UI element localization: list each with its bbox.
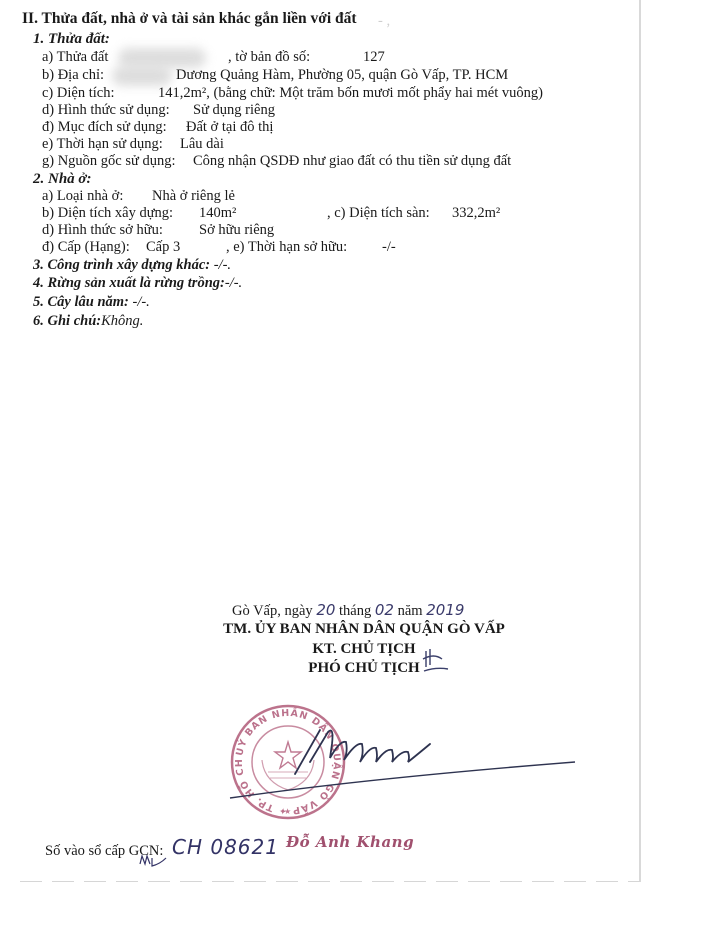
term-label: e) Thời hạn sử dụng: bbox=[42, 135, 163, 153]
land-heading: 1. Thửa đất: bbox=[33, 30, 110, 48]
own-term-value: -/- bbox=[382, 238, 396, 256]
address-value: Dương Quảng Hàm, Phường 05, quận Gò Vấp,… bbox=[176, 66, 508, 84]
authority: TM. ỦY BAN NHÂN DÂN QUẬN GÒ VẤP bbox=[214, 621, 514, 638]
address-label: b) Địa chỉ: bbox=[42, 66, 104, 84]
place-date: Gò Vấp, ngày 20 tháng 02 năm 2019 bbox=[232, 601, 464, 620]
date-year: 2019 bbox=[426, 601, 464, 619]
date-day: 20 bbox=[316, 601, 335, 619]
area-label: c) Diện tích: bbox=[42, 84, 114, 102]
area-value: 141,2m², (bằng chữ: Một trăm bốn mươi mố… bbox=[158, 84, 543, 102]
on-behalf: KT. CHỦ TỊCH bbox=[214, 641, 514, 658]
month-label: tháng bbox=[339, 603, 371, 619]
grade-value: Cấp 3 bbox=[146, 238, 180, 256]
place-date-prefix: Gò Vấp, ngày bbox=[232, 603, 313, 619]
build-area-value: 140m² bbox=[199, 204, 236, 222]
floor-area-label: , c) Diện tích sàn: bbox=[327, 204, 430, 222]
date-month: 02 bbox=[375, 601, 394, 619]
origin-label: g) Nguồn gốc sử dụng: bbox=[42, 152, 176, 170]
map-sheet-label: , tờ bản đồ số: bbox=[228, 48, 310, 66]
perennial-value: -/-. bbox=[129, 294, 150, 310]
grade-label: đ) Cấp (Hạng): bbox=[42, 238, 130, 256]
year-label: năm bbox=[398, 603, 423, 619]
registry-value: CH 08621 bbox=[172, 835, 279, 859]
build-area-label: b) Diện tích xây dựng: bbox=[42, 204, 173, 222]
plot-label: a) Thửa đất bbox=[42, 48, 108, 66]
own-term-label: , e) Thời hạn sở hữu: bbox=[226, 238, 347, 256]
forest-value: -/-. bbox=[225, 275, 242, 291]
section-title: II. Thửa đất, nhà ở và tài sản khác gắn … bbox=[22, 10, 357, 28]
perennial-label: 5. Cây lâu năm: bbox=[33, 294, 129, 310]
svg-text:★: ★ bbox=[284, 807, 291, 816]
purpose-label: đ) Mục đích sử dụng: bbox=[42, 118, 167, 136]
use-form-label: d) Hình thức sử dụng: bbox=[42, 101, 170, 119]
house-type-value: Nhà ở riêng lẻ bbox=[152, 187, 235, 205]
registry-initials bbox=[138, 852, 168, 870]
construction-label: 3. Công trình xây dựng khác: bbox=[33, 257, 210, 273]
house-type-label: a) Loại nhà ở: bbox=[42, 187, 123, 205]
origin-value: Công nhận QSDĐ như giao đất có thu tiền … bbox=[193, 152, 511, 170]
signer-name: Đỗ Anh Khang bbox=[286, 833, 414, 851]
position: PHÓ CHỦ TỊCH bbox=[214, 660, 514, 677]
term-value: Lâu dài bbox=[180, 135, 224, 153]
forest-label: 4. Rừng sản xuất là rừng trồng: bbox=[33, 275, 225, 291]
note-value: Không. bbox=[101, 313, 143, 329]
note-label: 6. Ghi chú: bbox=[33, 313, 101, 329]
use-form-value: Sử dụng riêng bbox=[193, 101, 275, 119]
initials-mark bbox=[420, 645, 450, 675]
scan-mark: - , bbox=[378, 12, 390, 30]
redacted-plot-number bbox=[118, 48, 206, 68]
page-edge-bottom bbox=[20, 881, 640, 882]
construction-value: -/-. bbox=[210, 257, 231, 273]
ownership-value: Sở hữu riêng bbox=[199, 221, 274, 239]
other-construction: 3. Công trình xây dựng khác: -/-. bbox=[33, 256, 231, 274]
redacted-house-number bbox=[112, 66, 172, 86]
house-heading: 2. Nhà ở: bbox=[33, 170, 91, 188]
production-forest: 4. Rừng sản xuất là rừng trồng:-/-. bbox=[33, 274, 242, 292]
signature bbox=[290, 722, 580, 802]
note: 6. Ghi chú:Không. bbox=[33, 312, 143, 330]
perennial-trees: 5. Cây lâu năm: -/-. bbox=[33, 293, 150, 311]
purpose-value: Đất ở tại đô thị bbox=[186, 118, 273, 136]
floor-area-value: 332,2m² bbox=[452, 204, 500, 222]
map-sheet-value: 127 bbox=[363, 48, 385, 66]
ownership-label: d) Hình thức sở hữu: bbox=[42, 221, 163, 239]
page-edge bbox=[639, 0, 641, 882]
